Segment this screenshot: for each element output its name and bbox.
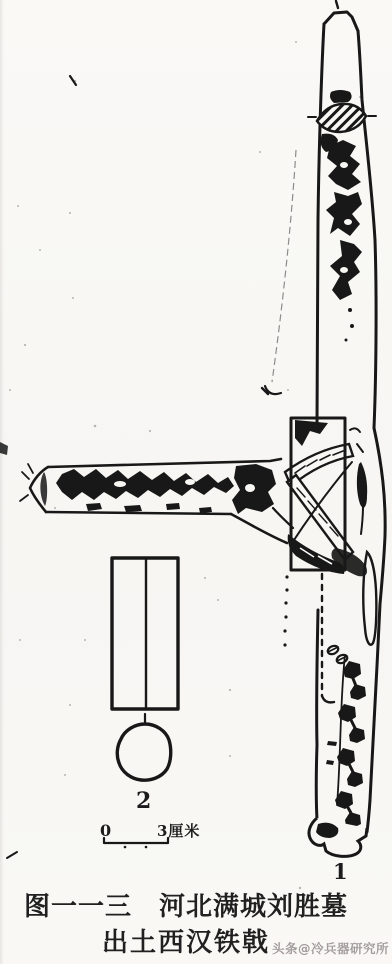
item-1-label: 1 [333, 859, 348, 884]
cross-section-figures [112, 558, 178, 780]
socket-lashing [285, 418, 385, 645]
faint-profile-curve [262, 150, 296, 394]
scale-end-label: 3厘米 [157, 822, 200, 840]
side-blade [20, 459, 293, 543]
blade-corrosion [56, 464, 276, 514]
watermark: 头条@冷兵器研究所 [272, 939, 389, 957]
caption-line-1: 图一一三 河北满城刘胜墓 [0, 891, 372, 924]
lower-shaft-corrosion [333, 661, 366, 847]
figure-canvas: 0 3厘米 1 2 图一一三 河北满城刘胜墓 出土西汉铁戟 头条@冷兵器研究所 [0, 0, 392, 964]
halberd-line-drawing: 0 3厘米 1 2 [0, 0, 392, 964]
upper-shaft-corrosion [326, 140, 362, 342]
item-2-label: 2 [136, 788, 151, 814]
scale-start-label: 0 [100, 821, 111, 840]
scale-bar: 0 3厘米 [100, 821, 200, 848]
